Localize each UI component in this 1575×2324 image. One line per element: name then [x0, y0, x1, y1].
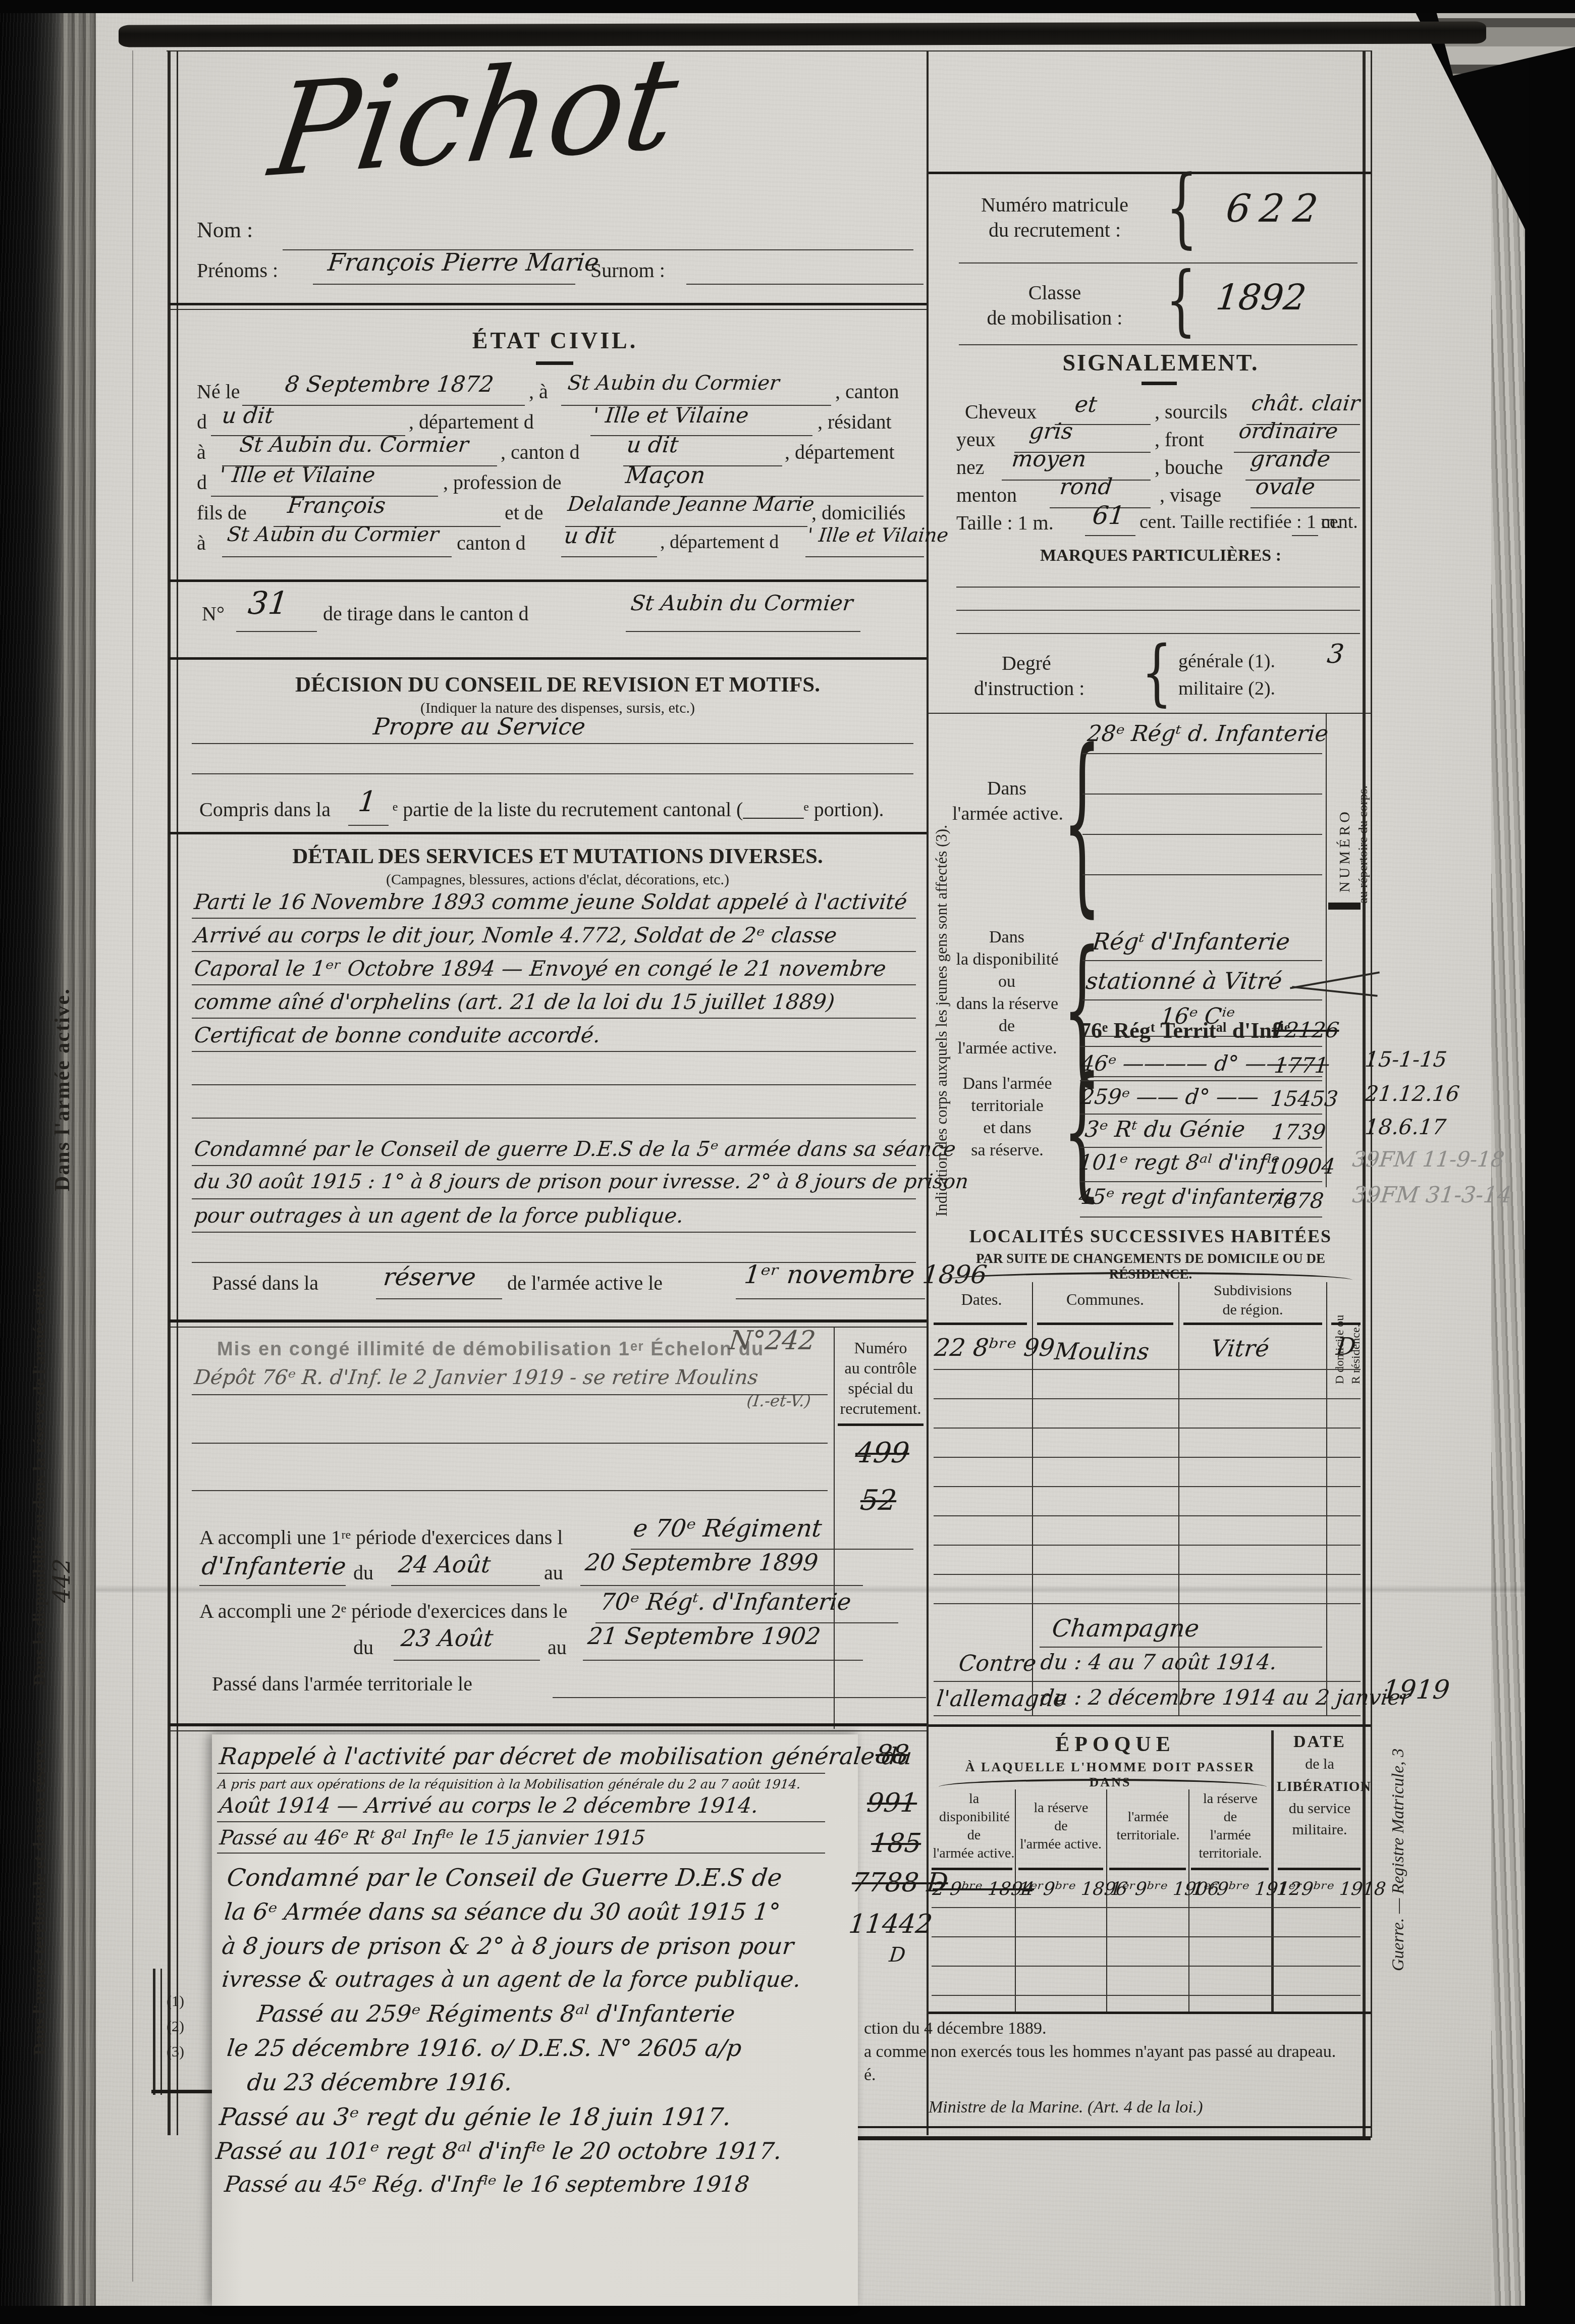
ul-contre-2: [934, 1715, 1361, 1716]
cheveux-label: Cheveux: [965, 400, 1037, 424]
controle-value-499: 499: [854, 1437, 911, 1469]
ep-col1-l2: disponibilité: [932, 1809, 1017, 1825]
header-rule-2: [169, 309, 927, 310]
ul-dispo-a: [192, 1443, 828, 1444]
etat-civil-title: ÉTAT CIVIL.: [353, 327, 757, 354]
sourcils-value: chât. clair: [1250, 391, 1361, 415]
matricule-top-rule: [929, 172, 1371, 174]
ul-campagne: [1040, 1647, 1322, 1648]
matricule-value: 622: [1224, 186, 1329, 231]
footnote-right-1: ction du 4 décembre 1889.: [864, 2019, 1047, 2038]
footnote-2: (2): [167, 2018, 184, 2035]
ul-rappel: [217, 1773, 825, 1774]
margin-armee-active: Dans l'armée active.: [50, 988, 75, 1191]
ul-demob: [192, 1394, 828, 1395]
loc-bottom-rule: [929, 1724, 1371, 1727]
loc-row1-dr: D: [1335, 1333, 1357, 1361]
du1-value: du : 4 au 7 août 1914.: [1039, 1650, 1278, 1674]
a1-label: , à: [529, 380, 548, 403]
ul-ec2b: [590, 435, 812, 436]
classe-label-2: de mobilisation :: [949, 306, 1161, 330]
ul-svc-2: [192, 951, 916, 952]
frame-left-outer: [168, 50, 171, 2135]
surnom-label: Surnom :: [590, 258, 665, 282]
compris-label-2: ᵉ partie de la liste du recrutement cant…: [393, 798, 884, 821]
dispo-label-5: de: [949, 1017, 1065, 1036]
periode1-au: au: [544, 1561, 563, 1584]
nom-label: Nom :: [197, 217, 253, 243]
front-value: ordinaire: [1237, 418, 1339, 443]
terr-label-4: sa réserve.: [937, 1141, 1078, 1160]
ul-cond-3: [192, 1232, 916, 1233]
ul-p1d: [580, 1585, 863, 1586]
yeux-label: yeux: [956, 428, 996, 451]
sourcils-label: , sourcils: [1155, 400, 1227, 424]
footnote-right-2: a comme non exercés tous les hommes n'ay…: [864, 2042, 1336, 2062]
terr-row3-date: 18.6.17: [1364, 1115, 1447, 1139]
controle-label-4: recrutement.: [835, 1399, 926, 1418]
footnote-3: (3): [167, 2043, 184, 2061]
dispo-regiment-1: Régᵗ d'Infanterie: [1091, 928, 1291, 955]
ep-head-rule-5: [1278, 1868, 1361, 1870]
periode2-label: A accompli une 2ᵉ période d'exercices da…: [199, 1599, 567, 1623]
ul-taille-b: [1292, 535, 1318, 536]
active-label-2: l'armée active.: [940, 803, 1076, 825]
header-rule-1: [169, 303, 927, 305]
frame-left-inner: [177, 50, 178, 2135]
dispo-label-2: la disponibilité: [937, 950, 1078, 969]
loc-head-rule-b: [1037, 1323, 1173, 1325]
compris-value: 1: [357, 785, 378, 818]
ul-svc-7: [192, 1118, 916, 1119]
ul-p2c: [583, 1660, 863, 1661]
ul-reserve-b: [736, 1298, 925, 1299]
bouche-label: , bouche: [1155, 455, 1223, 479]
services-subtitle: (Campagnes, blessures, actions d'éclat, …: [217, 871, 898, 888]
reserve-rule-1: [169, 1319, 927, 1323]
nez-value: moyen: [1010, 446, 1088, 472]
ul-ec6c: [805, 556, 924, 557]
terr-row0-num: 12126: [1270, 1018, 1340, 1042]
periode2-au: au: [548, 1635, 567, 1659]
ul-p2b: [394, 1660, 540, 1661]
ul-loc-4: [934, 1457, 1361, 1458]
passe-reserve-label-a: Passé dans la: [212, 1271, 318, 1295]
ul-terr-0: [1080, 1046, 1322, 1047]
epoque-date-5: militaire.: [1277, 1821, 1363, 1838]
footnote-box-bottom: [151, 2090, 212, 2093]
periode2-value-3: 21 Septembre 1902: [586, 1622, 822, 1650]
matricule-underline: [959, 262, 1357, 263]
periode1-value-4: 20 Septembre 1899: [584, 1549, 820, 1576]
binding-margin-line: [132, 50, 133, 2282]
loc-head-rule-d: [1331, 1323, 1361, 1325]
ep-head-rule-3: [1109, 1868, 1186, 1870]
terr-row5-num: 7678: [1268, 1188, 1325, 1213]
ne-le-value: 8 Septembre 1872: [284, 372, 495, 397]
rappel-small: A pris part aux opérations de la réquisi…: [217, 1777, 801, 1791]
matricule-label-1: Numéro matricule: [949, 193, 1161, 217]
passe-reserve-value: réserve: [382, 1263, 477, 1291]
dep1-value: ' Ille et Vilaine: [591, 403, 750, 428]
black-bottom-strip: [0, 2306, 1575, 2324]
controle-value-52: 52: [859, 1484, 898, 1517]
ep-bottom-rule: [929, 2012, 1371, 2014]
loc-col-line-3: [1326, 1282, 1327, 1716]
footnote-right-4: Ministre de la Marine. (Art. 4 de la loi…: [929, 2098, 1203, 2117]
dep2-label: , département: [785, 440, 895, 464]
a3-label: à: [197, 531, 206, 555]
periode1-value-3: 24 Août: [397, 1551, 492, 1578]
yeux-value: gris: [1028, 418, 1074, 444]
degre-generale-label: générale (1).: [1178, 650, 1275, 672]
terr-row5-date: 39FM 31-3-14: [1351, 1182, 1513, 1208]
cond6-line-4: ivresse & outrages à un agent de la forc…: [221, 1967, 802, 1992]
footnote-right-3: é.: [864, 2066, 876, 2085]
numero-col-divider: [1326, 713, 1327, 1187]
surnom-underline: [686, 284, 924, 285]
bouche-value: grande: [1249, 446, 1331, 472]
service-line-4: comme aîné d'orphelins (art. 21 de la lo…: [193, 989, 836, 1014]
d1-label: d: [197, 410, 207, 434]
canton3-label: canton d: [457, 531, 526, 555]
cond6-line-1: Condamné par le Conseil de Guerre D.E.S …: [226, 1864, 783, 1892]
ul-cond-1: [192, 1165, 916, 1166]
ul-ep-1: [932, 1907, 1361, 1908]
ul-p1b: [199, 1585, 346, 1586]
terr-row2-date: 21.12.16: [1364, 1081, 1460, 1106]
ep-col3-l1: l'armée: [1110, 1809, 1186, 1825]
d2-label: d: [197, 470, 207, 494]
periode1-du: du: [353, 1561, 373, 1584]
margin-disponibilite: Dans la disponibilité ou dans la réserve…: [29, 1287, 51, 1686]
prenoms-value: François Pierre Marie: [327, 248, 601, 277]
passe-reserve-label-b: de l'armée active le: [507, 1271, 663, 1295]
cond6-line-2: la 6ᵉ Armée dans sa séance du 30 août 19…: [223, 1898, 782, 1925]
ep-col1-l1: la: [934, 1791, 1014, 1807]
passe-101: Passé au 101ᵉ regt 8ᵃˡ d'infⁱᵉ le 20 oct…: [214, 2137, 783, 2164]
a2-value: St Aubin du. Cormier: [238, 432, 470, 457]
ul-disp-1: [1082, 960, 1322, 961]
d2-value: ' Ille et Vilaine: [218, 462, 376, 487]
terr-row3-num: 1739: [1270, 1120, 1327, 1144]
mere-value: Delalande Jeanne Marie: [567, 493, 816, 516]
dispo-label-6: l'armée active.: [937, 1039, 1078, 1058]
ul-loc-6: [934, 1515, 1361, 1516]
loc-row1-date: 22 8ᵇʳᵉ 99: [933, 1334, 1056, 1362]
ep-col2-l3: l'armée active.: [1017, 1836, 1104, 1853]
ul-ep-3: [932, 1966, 1361, 1967]
degre-label-1: Degré: [1002, 651, 1051, 675]
terr-row4-num: 10904: [1266, 1154, 1336, 1179]
campagne-value: Champagne: [1051, 1614, 1201, 1643]
cheveux-value: et: [1073, 392, 1098, 417]
ul-ec1a: [242, 405, 525, 406]
corps-top-rule: [929, 713, 1371, 714]
ul-decision-2: [192, 773, 913, 774]
active-label-1: Dans: [949, 777, 1065, 800]
ep-col-line-4: [1271, 1730, 1274, 2012]
passe-territoriale-label: Passé dans l'armée territoriale le: [212, 1672, 472, 1696]
ul-act-3: [1082, 834, 1322, 835]
loc-col-dates: Dates.: [934, 1290, 1029, 1309]
tirage-bottom-rule: [169, 657, 927, 660]
loc-head-rule-a: [934, 1323, 1027, 1325]
ul-svc-5: [192, 1051, 916, 1052]
loc-head-rule-c: [1183, 1323, 1322, 1325]
periode1-label: A accompli une 1ʳᵉ période d'exercices d…: [199, 1525, 563, 1549]
periode1-value-1: e 70ᵉ Régiment: [632, 1514, 823, 1543]
condamnation-1: Condamné par le Conseil de guerre D.E.S …: [193, 1137, 957, 1161]
demob-stamp-no: N°242: [728, 1326, 817, 1356]
annee-1919: 1919: [1381, 1675, 1451, 1705]
ul-p46: [217, 1853, 825, 1854]
num-d: D: [888, 1943, 907, 1967]
margin-442: 442: [48, 1558, 75, 1603]
canton1-label: , canton: [835, 380, 899, 403]
ep-col2-l1: la réserve: [1019, 1800, 1103, 1816]
condamnation-2: du 30 août 1915 : 1° à 8 jours de prison…: [193, 1170, 970, 1193]
numero-repertoire-vertical-2: au répertoire du corps.: [1355, 785, 1371, 904]
frame-bottom-right-1: [853, 2126, 1371, 2128]
periode2-du: du: [353, 1635, 373, 1659]
center-divider: [927, 50, 929, 2135]
ul-passe-terr: [553, 1697, 926, 1698]
services-title: DÉTAIL DES SERVICES ET MUTATIONS DIVERSE…: [217, 844, 898, 869]
ul-ep-4: [932, 1995, 1361, 1996]
epoque-date-4: du service: [1277, 1800, 1363, 1817]
ul-cond-2: [192, 1198, 916, 1199]
ul-dispo-b: [192, 1490, 828, 1491]
fils-label: fils de: [197, 501, 247, 524]
loc-row1-commune: Moulins: [1053, 1338, 1151, 1365]
loc-col-communes: Communes.: [1035, 1290, 1176, 1309]
ul-contre-1: [934, 1681, 1361, 1682]
menton-value: rond: [1058, 474, 1113, 500]
ul-terr-5: [1080, 1217, 1322, 1218]
arrive-corps: Août 1914 — Arrivé au corps le 2 décembr…: [218, 1793, 759, 1818]
ep-value-5: 1ᵉʳ9ᵇʳᵉ 1918: [1276, 1879, 1387, 1899]
ep-col-line-3: [1188, 1789, 1189, 2012]
matricule-brace: {: [1166, 157, 1198, 257]
etde-label: et de: [505, 501, 544, 524]
scanned-register-page: Pichot Nom : Prénoms : François Pierre M…: [0, 0, 1575, 2324]
ul-loc-1: [934, 1369, 1361, 1370]
ul-terr-1: [1080, 1080, 1322, 1081]
ul-terr-2: [1080, 1114, 1322, 1115]
resid-label: , résidant: [818, 410, 892, 434]
taille-value: 61: [1091, 501, 1126, 530]
controle-label-2: au contrôle: [835, 1359, 926, 1378]
cover-edge-band: [119, 21, 1486, 47]
margin-guerre-registre: Guerre. — Registre Matricule, 3: [1389, 1749, 1408, 1971]
ep-col2-l2: de: [1019, 1818, 1103, 1834]
ul-act-1: [1082, 753, 1322, 754]
ul-reserve-a: [376, 1298, 502, 1299]
du2-value: du : 2 décembre 1914 au 2 janvier: [1039, 1685, 1411, 1710]
ul-arrive: [217, 1821, 825, 1822]
ul-tirage-a: [236, 631, 317, 632]
d1-value: u dit: [221, 403, 275, 429]
service-line-1: Parti le 16 Novembre 1893 comme jeune So…: [193, 889, 908, 914]
ep-col4-l4: territoriale.: [1190, 1845, 1271, 1862]
terr-row4-name: 101ᵉ regt 8ᵃˡ d'infⁱᵉ: [1077, 1150, 1280, 1175]
rappel-line: Rappelé à l'activité par décret de mobil…: [218, 1742, 913, 1770]
ul-act-2: [1082, 794, 1322, 795]
etat-civil-bar: [536, 361, 573, 365]
margin-territoriale: Dans l'armée territoriale et dans sa rés…: [29, 1734, 51, 2057]
ul-svc-1: [192, 918, 916, 919]
num-11442: 11442: [847, 1909, 934, 1939]
ep-col4-l3: l'armée: [1192, 1827, 1269, 1843]
ul-sig4b: [1251, 507, 1360, 508]
signalement-bar: [1142, 382, 1177, 385]
controle-label-1: Numéro: [835, 1339, 926, 1357]
ep-head-rule-1: [932, 1868, 1012, 1870]
epoque-title: ÉPOQUE: [959, 1732, 1272, 1757]
ul-svc-6: [192, 1084, 916, 1085]
canton2-value: u dit: [625, 432, 680, 458]
passe-45: Passé au 45ᵉ Rég. d'Infⁱᵉ le 16 septembr…: [223, 2172, 750, 2197]
active-regiment: 28ᵉ Régᵗ d. Infanterie: [1086, 721, 1329, 747]
num-991: 991: [865, 1788, 919, 1818]
numero-col-end-bar: [1328, 903, 1361, 910]
footnote-1: (1): [167, 1993, 184, 2010]
ul-terr-4: [1080, 1181, 1322, 1182]
controle-header-rule: [838, 1423, 924, 1426]
menton-label: menton: [956, 483, 1017, 507]
cond6-line-3: à 8 jours de prison & 2° à 8 jours de pr…: [221, 1932, 795, 1960]
visage-value: ovale: [1254, 474, 1316, 500]
dep1-label: , département d: [409, 410, 534, 434]
dep3-label: , département d: [660, 531, 779, 553]
ep-head-rule-2: [1018, 1868, 1103, 1870]
classe-value: 1892: [1214, 277, 1309, 318]
ep-col4-l1: la réserve: [1192, 1791, 1269, 1807]
prof-label: , profession de: [443, 470, 561, 494]
passe-259-3: du 23 décembre 1916.: [246, 2069, 514, 2096]
localites-title: LOCALITÉS SUCCESSIVES HABITÉES: [939, 1226, 1363, 1247]
condamnation-3: pour outrages à un agent de la force pub…: [193, 1203, 684, 1228]
degre-militaire-label: militaire (2).: [1178, 677, 1275, 700]
prof-value: Maçon: [624, 461, 707, 489]
service-line-3: Caporal le 1ᵉʳ Octobre 1894 — Envoyé en …: [193, 956, 887, 981]
ul-ec6b: [561, 556, 657, 557]
ul-svc-4: [192, 1018, 916, 1019]
tirage-top-rule: [169, 579, 927, 582]
ul-marques-1: [956, 587, 1360, 588]
classe-underline: [959, 344, 1357, 345]
degre-generale-value: 3: [1326, 639, 1345, 669]
controle-label-3: spécial du: [835, 1379, 926, 1398]
dispo-label-1: Dans: [949, 928, 1065, 947]
classe-brace: {: [1166, 256, 1196, 345]
service-line-2: Arrivé au corps le dit jour, Nomle 4.772…: [193, 923, 838, 947]
black-right-field: [1525, 0, 1575, 2324]
loc-row1-subdiv: Vitré: [1210, 1335, 1271, 1362]
prenoms-underline: [313, 284, 575, 285]
dispo-label-3: ou: [949, 972, 1065, 991]
ul-p1c: [391, 1585, 540, 1586]
passe-3genie: Passé au 3ᵉ regt du génie le 18 juin 191…: [218, 2103, 732, 2131]
footnote-box-left-2: [160, 1969, 162, 2095]
degre-label-2: d'instruction :: [974, 676, 1084, 700]
service-line-5: Certificat de bonne conduite accordé.: [193, 1023, 602, 1047]
terr-row1-num: 1771: [1273, 1053, 1329, 1078]
ul-marques-2: [956, 610, 1360, 611]
ul-taille-a: [1085, 535, 1135, 536]
territoriale-rule-1: [169, 1723, 927, 1726]
tirage-no-value: 31: [246, 585, 290, 621]
ep-head-rule-4: [1191, 1868, 1269, 1870]
ul-ec6a: [222, 556, 452, 557]
ul-act-4: [1082, 874, 1322, 875]
matricule-label-2: du recrutement :: [949, 218, 1161, 242]
degre-brace: {: [1142, 631, 1172, 715]
ul-compris: [348, 825, 389, 826]
epoque-date-1: DATE: [1277, 1732, 1363, 1752]
a2-label: à: [197, 440, 206, 464]
prenoms-label: Prénoms :: [197, 258, 278, 282]
territoriale-rule-2: [169, 1730, 927, 1731]
ul-loc-8: [934, 1574, 1361, 1575]
ep-col4-l2: de: [1192, 1809, 1269, 1825]
black-top-strip: [0, 0, 1575, 13]
dispo-label-4: dans la réserve: [937, 994, 1078, 1014]
terr-row3-name: 3ᵉ Rᵗ du Génie: [1083, 1117, 1246, 1142]
epoque-date-3: LIBÉRATION: [1277, 1779, 1363, 1795]
nom-signature: Pichot: [262, 28, 686, 205]
controle-divider: [834, 1328, 835, 1729]
ul-svc-3: [192, 984, 916, 985]
epoque-date-2: de la: [1277, 1756, 1363, 1773]
frame-bottom-right-2: [853, 2136, 1371, 2140]
ul-loc-9: [934, 1603, 1361, 1604]
ep-col3-l2: territoriale.: [1108, 1827, 1188, 1843]
ep-col-line-2: [1106, 1789, 1107, 2012]
ul-loc-3: [934, 1428, 1361, 1429]
num-88: 88: [874, 1739, 910, 1770]
terr-row4-date: 39FM 11-9-18: [1351, 1147, 1505, 1172]
terr-row0-name: 76ᵉ Régᵗ Territᵃˡ d'Infⁱᵉ: [1080, 1018, 1290, 1043]
ul-ep-2: [932, 1936, 1361, 1937]
ul-loc-5: [934, 1486, 1361, 1487]
terr-row5-name: 45ᵉ regt d'infanterie: [1077, 1184, 1298, 1209]
terr-label-1: Dans l'armée: [937, 1074, 1078, 1093]
ul-loc-7: [934, 1545, 1361, 1546]
periode2-value-2: 23 Août: [400, 1624, 495, 1652]
ul-loc-2: [934, 1398, 1361, 1399]
ul-tirage-b: [626, 631, 860, 632]
decision-title: DÉCISION DU CONSEIL DE REVISION ET MOTIF…: [242, 672, 873, 697]
visage-label: , visage: [1160, 483, 1221, 507]
nez-label: nez: [956, 455, 985, 479]
passe-46: Passé au 46ᵉ Rᵗ 8ᵃˡ Infⁱᵉ le 15 janvier …: [219, 1826, 646, 1850]
passe-259-2: le 25 décembre 1916. o/ D.E.S. N° 2605 a…: [226, 2034, 743, 2062]
canton2-label: , canton d: [501, 440, 580, 464]
terr-label-2: territoriale: [937, 1096, 1078, 1116]
terr-row1-date: 15-1-15: [1364, 1047, 1448, 1072]
marques-label: MARQUES PARTICULIÈRES :: [984, 546, 1337, 565]
taille-label-2: cent. Taille rectifiée : 1 m.: [1139, 511, 1341, 533]
dispo-regiment-2: stationné à Vitré: [1084, 967, 1283, 994]
loc-col-subdiv-2: de région.: [1181, 1301, 1325, 1318]
loc-col-subdiv-1: Subdivisions: [1181, 1282, 1325, 1299]
decision-bottom-rule: [169, 832, 927, 834]
demob-line: Dépôt 76ᵉ R. d'Inf. le 2 Janvier 1919 - …: [193, 1366, 759, 1389]
contre-value: Contre: [957, 1651, 1038, 1676]
tirage-no-label: N°: [202, 602, 225, 625]
